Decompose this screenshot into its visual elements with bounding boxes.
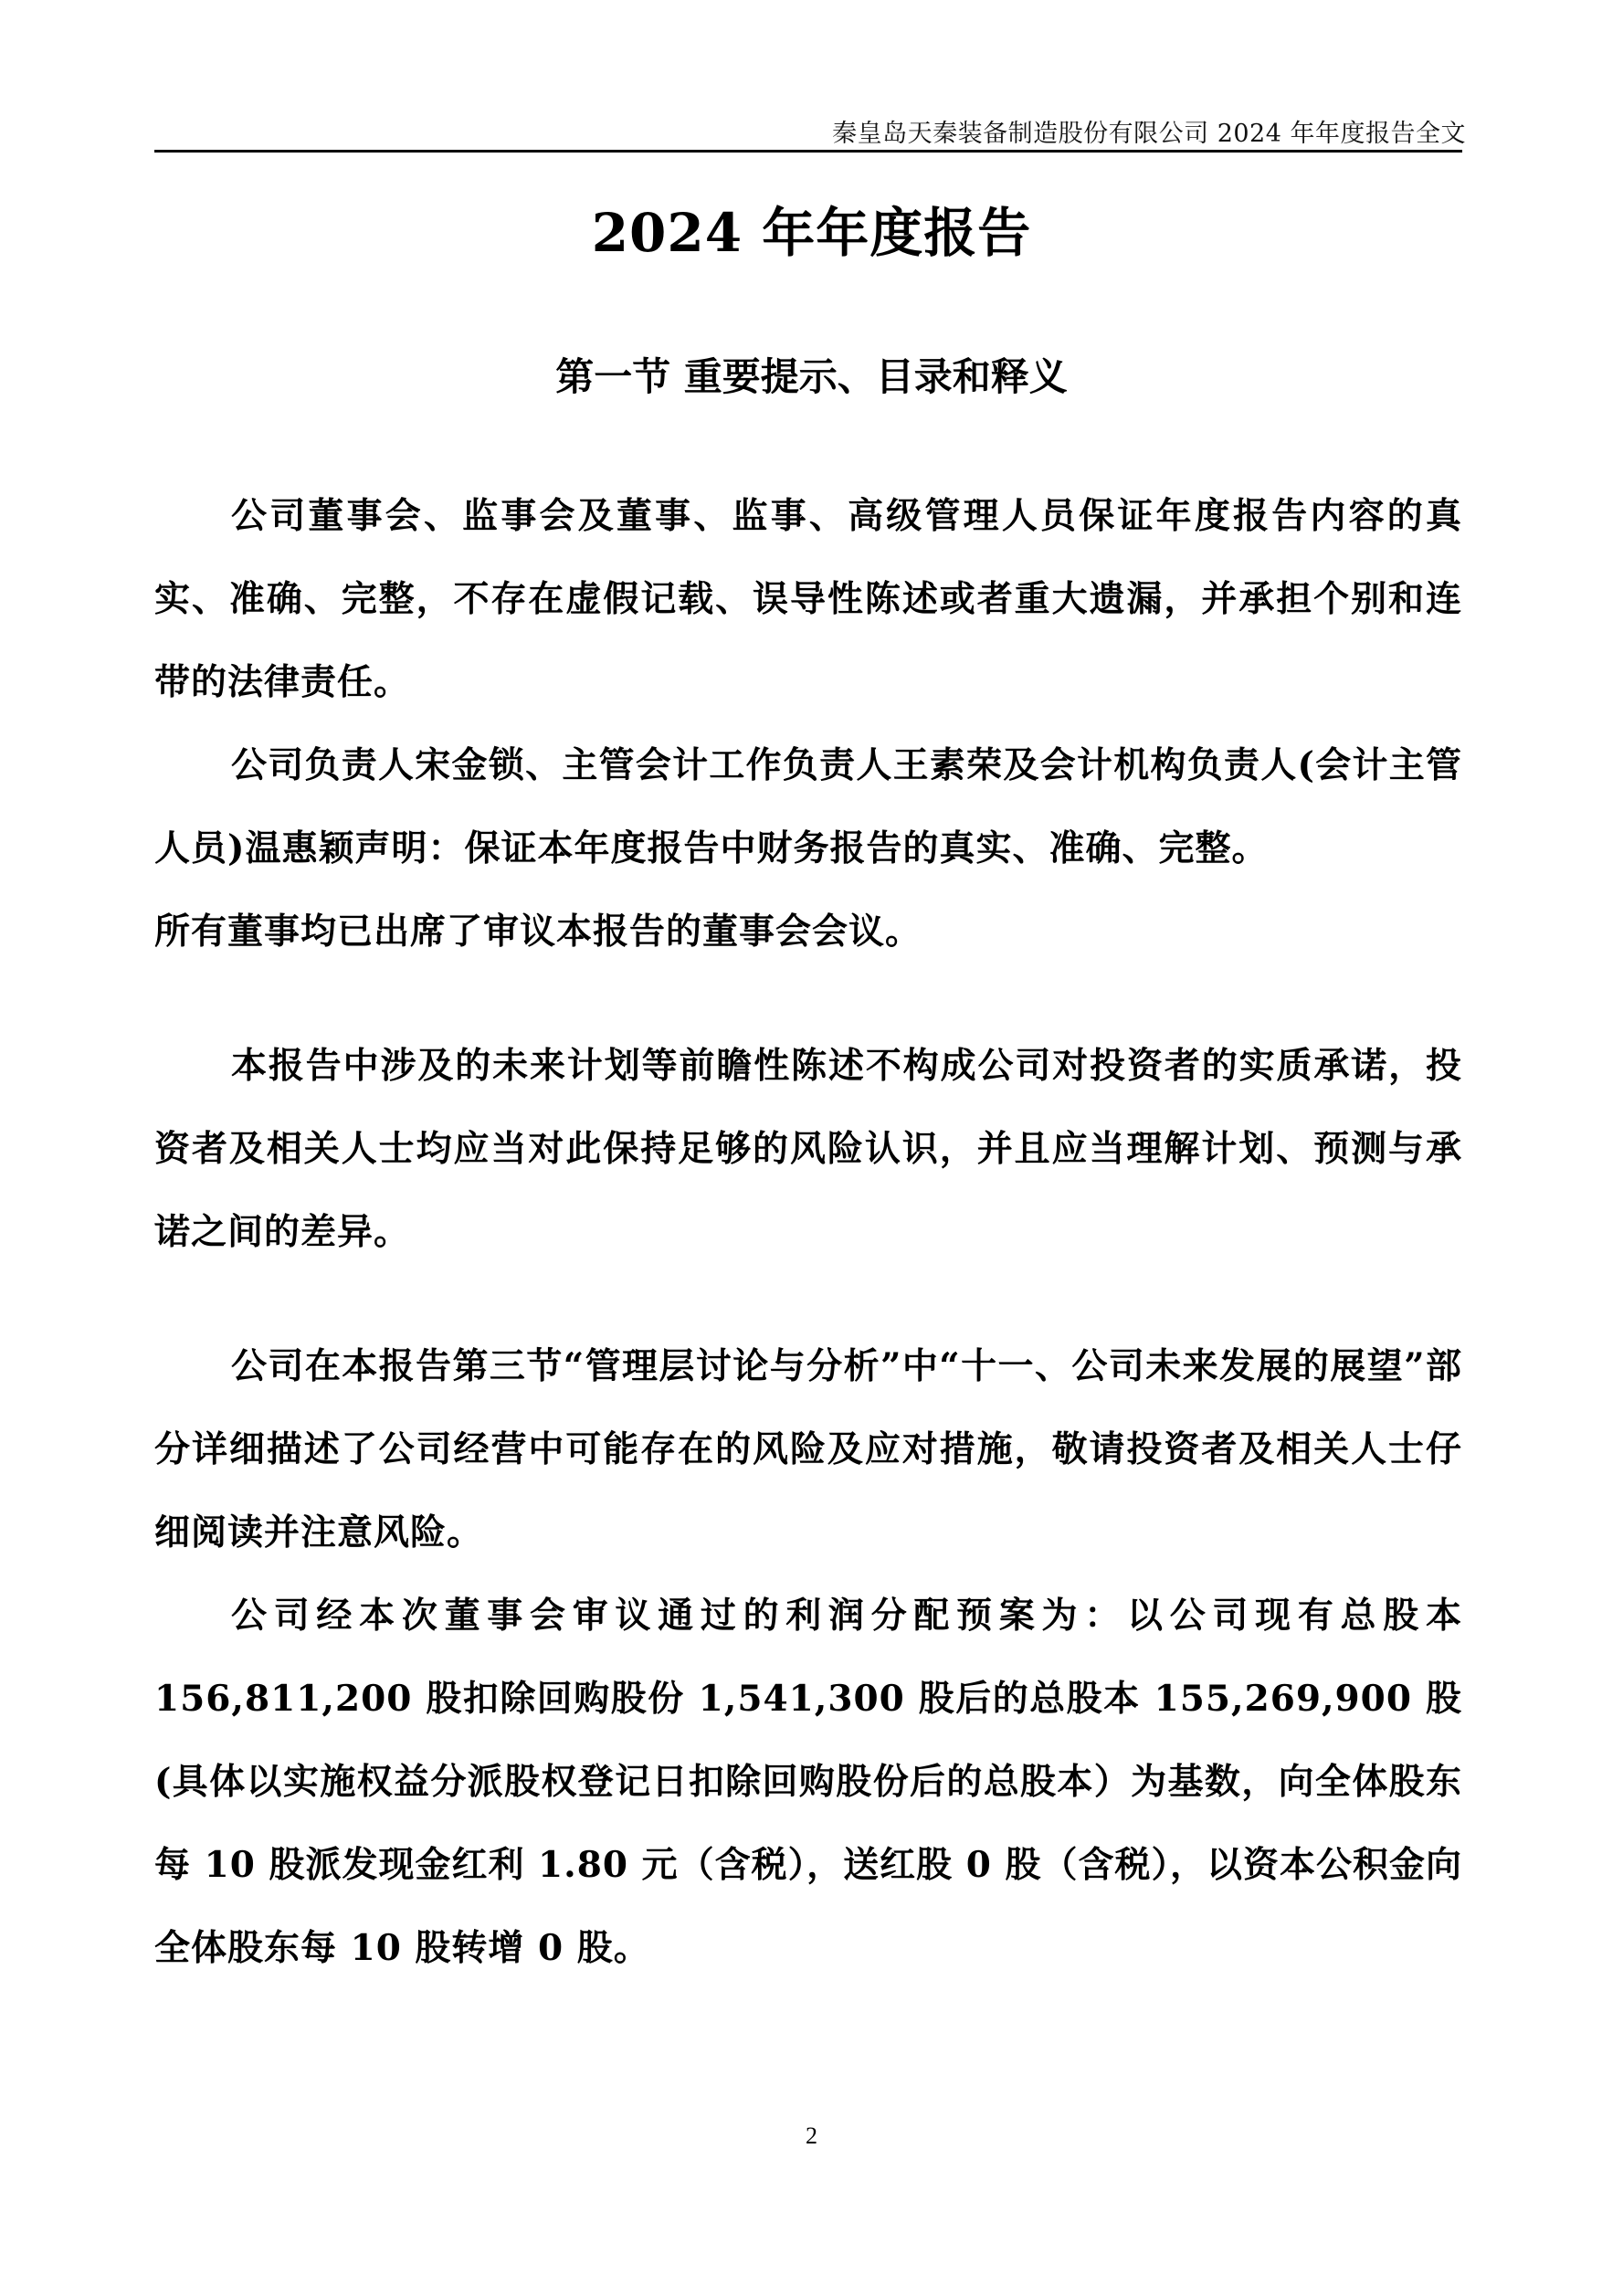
document-body: 公司董事会、监事会及董事、监事、高级管理人员保证年度报告内容的真实、准确、完整，…: [154, 475, 1462, 1990]
running-header: 秦皇岛天秦装备制造股份有限公司 2024 年年度报告全文: [832, 113, 1466, 149]
section-title: 第一节 重要提示、目录和释义: [0, 347, 1623, 402]
header-divider: [154, 150, 1462, 153]
page-number: 2: [0, 2122, 1623, 2150]
paragraph-forward-looking: 本报告中涉及的未来计划等前瞻性陈述不构成公司对投资者的实质承诺，投资者及相关人士…: [154, 1025, 1462, 1274]
paragraph-responsibility: 公司董事会、监事会及董事、监事、高级管理人员保证年度报告内容的真实、准确、完整，…: [154, 475, 1462, 724]
paragraph-profit-distribution: 公司经本次董事会审议通过的利润分配预案为：以公司现有总股本156,811,200…: [154, 1575, 1462, 1990]
paragraph-declaration: 公司负责人宋金锁、主管会计工作负责人王素荣及会计机构负责人(会计主管人员)温惠颖…: [154, 724, 1462, 890]
paragraph-risk-notice: 公司在本报告第三节“管理层讨论与分析”中“十一、公司未来发展的展望”部分详细描述…: [154, 1325, 1462, 1575]
paragraph-attendance: 所有董事均已出席了审议本报告的董事会会议。: [154, 890, 1462, 974]
document-title: 2024 年年度报告: [0, 190, 1623, 267]
